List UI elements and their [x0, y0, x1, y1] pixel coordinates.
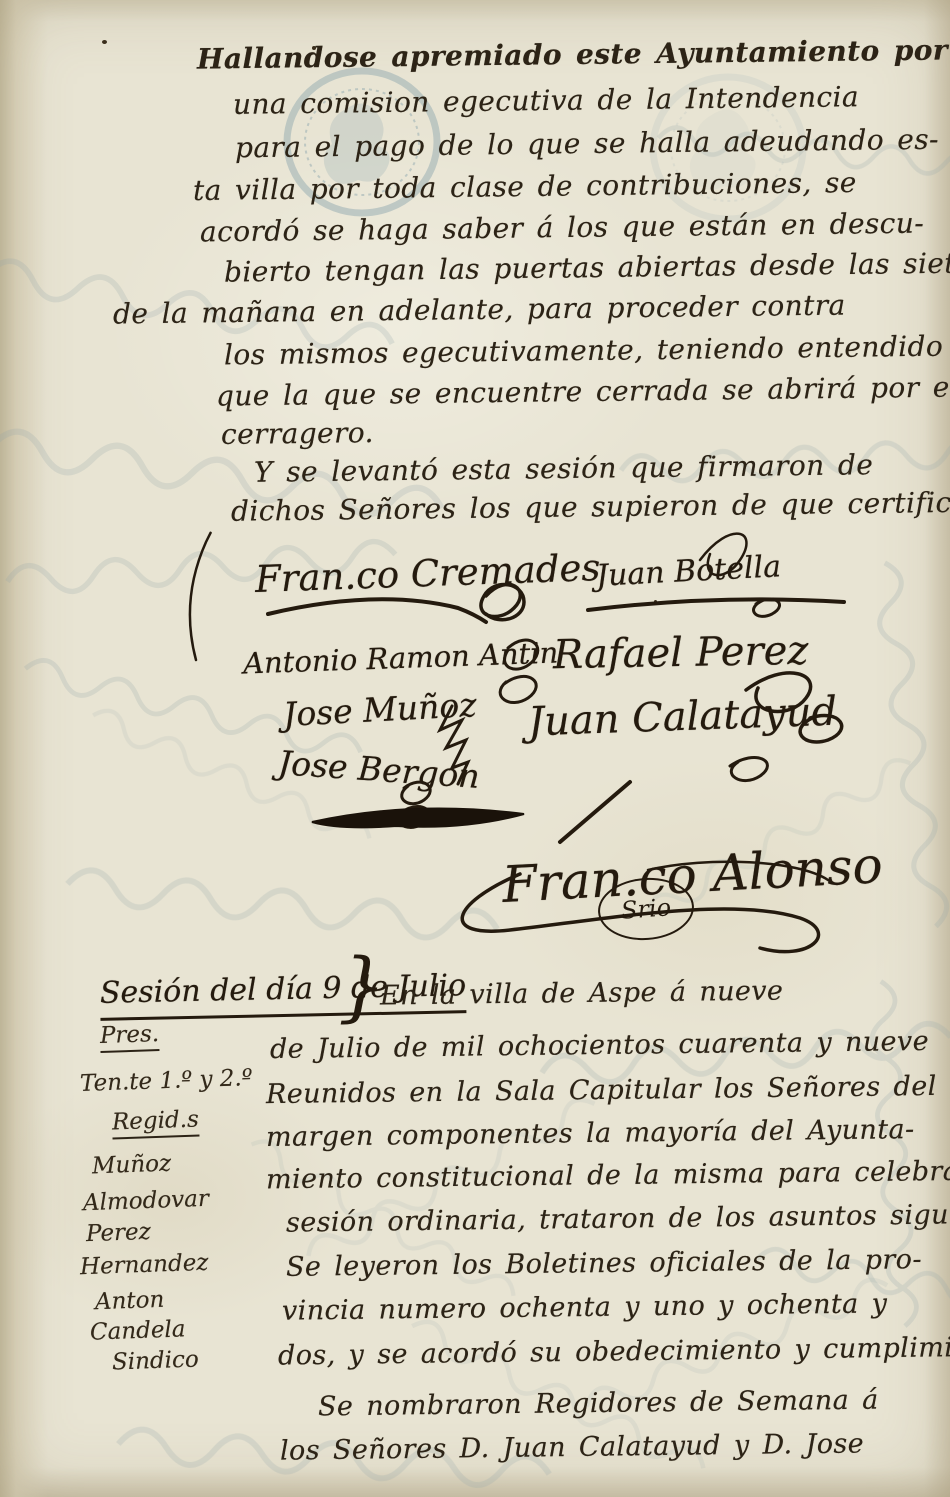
secretary-abbreviation-text: Srio	[620, 893, 672, 924]
ink-speck	[102, 40, 107, 44]
manuscript-line: margen componentes la mayoría del Ayunta…	[266, 1114, 915, 1153]
signature-francisco-cremades: Fran.co Cremades	[254, 546, 601, 601]
manuscript-page: Hallandose apremiado este Ayuntamiento p…	[0, 0, 950, 1497]
signature-jose-bergon: Jose Bergon	[277, 743, 481, 796]
manuscript-line: dichos Señores los que supieron de que c…	[231, 485, 950, 527]
signature-juan-calatayud: Juan Calatayud	[527, 689, 838, 746]
manuscript-line: dos, y se acordó su obedecimiento y cump…	[278, 1331, 950, 1371]
manuscript-line: los Señores D. Juan Calatayud y D. Jose	[280, 1428, 864, 1466]
manuscript-line: una comision egecutiva de la Intendencia	[233, 80, 859, 121]
manuscript-line: acordó se haga saber á los que están en …	[200, 207, 924, 249]
margin-note-perez: Perez	[86, 1219, 152, 1247]
margin-note-presidente: Pres.	[99, 1021, 159, 1053]
manuscript-line: En la villa de Aspe á nueve	[380, 976, 784, 1012]
margin-note-anton: Anton	[95, 1287, 165, 1315]
heavy-ink-flourish	[312, 809, 524, 828]
signature-rafael-perez: Rafael Perez	[553, 628, 809, 678]
margin-note-hernandez: Hernandez	[80, 1250, 209, 1280]
manuscript-line: Hallandose apremiado este Ayuntamiento p…	[197, 33, 948, 75]
margin-note-munoz: Muñoz	[92, 1151, 172, 1180]
signature-juan-botella: Juan Botella	[595, 549, 782, 594]
manuscript-line: Se leyeron los Boletines oficiales de la…	[286, 1244, 922, 1283]
manuscript-line: miento constitucional de la misma para c…	[266, 1156, 950, 1196]
manuscript-line: sesión ordinaria, trataron de los asunto…	[286, 1198, 950, 1238]
manuscript-line: que la que se encuentre cerrada se abrir…	[216, 370, 950, 412]
manuscript-line: Reunidos en la Sala Capitular los Señore…	[266, 1071, 937, 1110]
signature-antonio-ramon-antin: Antonio Ramon Antin	[243, 636, 559, 681]
manuscript-line: de Julio de mil ochocientos cuarenta y n…	[270, 1026, 929, 1065]
ink-speck	[654, 600, 657, 603]
manuscript-line: bierto tengan las puertas abiertas desde…	[224, 246, 950, 288]
manuscript-line: para el pago de lo que se halla adeudand…	[235, 123, 939, 165]
margin-note-almodovar: Almodovar	[83, 1186, 210, 1216]
manuscript-line: los mismos egecutivamente, teniendo ente…	[224, 330, 943, 372]
margin-note-regidores: Regid.s	[112, 1106, 200, 1139]
manuscript-line: vincia numero ochenta y uno y ochenta y	[282, 1288, 888, 1326]
margin-note-sindico: Sindico	[112, 1346, 200, 1375]
manuscript-line: ta villa por toda clase de contribucione…	[193, 166, 857, 207]
margin-note-tenientes: Ten.te 1.º y 2.º	[80, 1065, 253, 1097]
manuscript-line: Se nombraron Regidores de Semana á	[318, 1385, 879, 1423]
manuscript-line: cerragero.	[221, 416, 374, 451]
manuscript-line: Y se levantó esta sesión que firmaron de	[254, 448, 874, 489]
margin-note-candela: Candela	[90, 1316, 186, 1345]
signature-jose-munoz: Jose Muñoz	[282, 685, 477, 734]
manuscript-line: de la mañana en adelante, para proceder …	[113, 289, 846, 331]
